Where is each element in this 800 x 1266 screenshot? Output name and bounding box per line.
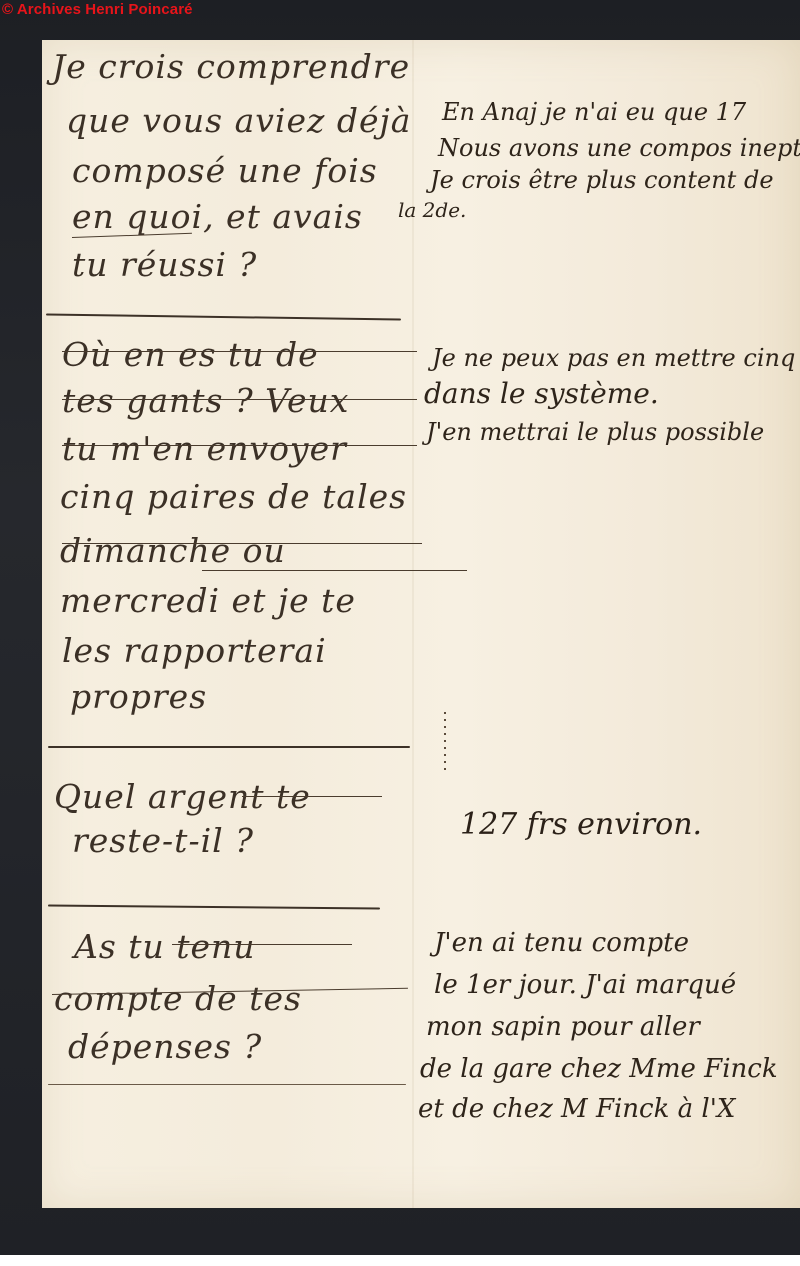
strike-line (62, 543, 422, 544)
question-1-line-5: tu réussi ? (72, 248, 257, 281)
strike-line (202, 570, 467, 571)
answer-2-line-1: Je ne peux pas en mettre cinq (432, 346, 795, 370)
answer-4-line-1: J'en ai tenu compte (434, 930, 689, 956)
question-1-line-3: composé une fois (72, 154, 378, 187)
answer-3-line-1: 127 frs environ. (460, 810, 702, 840)
question-2-line-1: Où en es tu de (62, 338, 319, 371)
strike-line (62, 351, 417, 352)
question-2-line-7: les rapporterai (62, 634, 327, 667)
answer-4-line-2: le 1er jour. J'ai marqué (434, 972, 736, 998)
section-divider-3 (48, 905, 380, 910)
question-4-line-2: compte de tes (54, 982, 302, 1015)
question-1-line-4: en quoi, et avais (72, 200, 363, 233)
section-divider-2 (48, 746, 410, 748)
strike-line (242, 796, 382, 797)
answer-4-line-3: mon sapin pour aller (426, 1014, 700, 1040)
copyright-watermark: © Archives Henri Poincaré (2, 1, 193, 18)
question-2-line-5: dimanche ou (60, 534, 286, 567)
question-2-line-8: propres (70, 680, 207, 713)
manuscript-page: Je crois comprendre que vous aviez déjà … (42, 40, 800, 1208)
answer-4-line-5: et de chez M Finck à l'X (418, 1096, 735, 1122)
strike-line (62, 399, 417, 400)
answer-1-line-4: la 2de. (398, 200, 466, 220)
question-4-line-1: As tu tenu (74, 930, 256, 963)
question-2-line-3: tu m'en envoyer (62, 432, 347, 465)
question-1-line-1: Je crois comprendre (52, 50, 410, 83)
section-divider-4 (48, 1084, 406, 1085)
answer-1-line-2: Nous avons une compos inepte (438, 136, 800, 160)
answer-1-line-1: En Anaj je n'ai eu que 17 (442, 100, 746, 124)
answer-2-line-2: dans le système. (424, 380, 659, 408)
dotted-mark (444, 712, 446, 772)
question-1-line-2: que vous aviez déjà (66, 104, 411, 137)
answer-4-line-4: de la gare chez Mme Finck (420, 1056, 778, 1082)
question-2-line-2: tes gants ? Veux (62, 384, 349, 417)
strike-line (172, 944, 352, 945)
question-2-line-6: mercredi et je te (60, 584, 356, 617)
answer-1-line-3: Je crois être plus content de (430, 168, 774, 192)
question-3-line-2: reste-t-il ? (72, 824, 254, 857)
question-4-line-3: dépenses ? (68, 1030, 262, 1063)
strike-line (62, 445, 417, 446)
answer-2-line-3: J'en mettrai le plus possible (426, 420, 764, 444)
section-divider-1 (46, 314, 401, 321)
question-2-line-4: cinq paires de tales (60, 480, 407, 513)
